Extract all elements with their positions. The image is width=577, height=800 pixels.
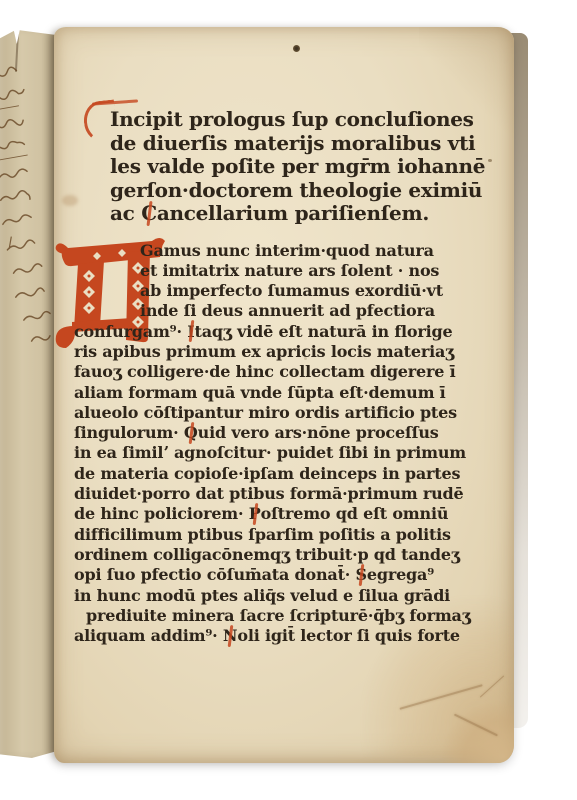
text-segment: ſingulorum· (74, 423, 184, 442)
text-segment: ancellarium pariſienſem. (157, 201, 429, 225)
text-line: fauoʒ colligere·de hinc collectam digere… (74, 362, 498, 382)
text-line: ris apibus primum ex apricis locis mater… (74, 342, 498, 362)
text-segment: egrega⁹ (367, 565, 434, 584)
book-photograph: Incipit prologus ſup concluſionesde diue… (0, 0, 577, 800)
text-segment: difficilimum ptibus ſparſim poſitis a po… (74, 525, 451, 544)
text-line: gerſon·doctorem theologie eximiū (110, 179, 514, 203)
illuminated-initial-A: A (74, 241, 140, 322)
text-segment: opi ſuo pfectio cōſum̄ata donat̄· (74, 565, 356, 584)
text-segment: ris apibus primum ex apricis locis mater… (74, 342, 454, 361)
text-segment: in ea ſimilʼ agnoſcitur· puidet ſibi in … (74, 443, 466, 462)
rubricated-letter: P (249, 504, 261, 524)
rubricated-letter: I (187, 322, 194, 342)
text-segment: taqʒ vidē eſt naturā in florige (195, 322, 453, 341)
text-segment: de hinc policiorem· (74, 504, 249, 523)
text-segment: de diuerſis materijs moralibus vti (110, 131, 475, 155)
text-segment: ab imperfecto ſumamus exordiū·vt (140, 281, 443, 300)
text-segment: ncipit prologus ſup concluſiones (119, 107, 474, 131)
text-line: ordinem colligacōnemqʒ tribuit·p qd tand… (74, 545, 498, 565)
text-line: Incipit prologus ſup concluſiones (110, 108, 514, 132)
text-line: in hunc modū ptes aliq̄s velud e ſilua g… (74, 586, 498, 606)
text-line: aliquam addim⁹· Noli igit̄ lector ſi qui… (74, 626, 498, 646)
rubricated-letter: C (141, 202, 157, 226)
text-line: ſingulorum· Quid vero ars·nōne proceſſus (74, 423, 498, 443)
text-segment: Gamus nunc interim·quod natura (140, 241, 434, 260)
text-line: de materia copioſe·ipſam deinceps in par… (74, 464, 498, 484)
text-segment: ac (110, 201, 141, 225)
text-segment: uid vero ars·nōne proceſſus (198, 423, 439, 442)
text-segment: et imitatrix nature ars ſolent · nos (140, 261, 439, 280)
text-line: ac Cancellarium pariſienſem. (110, 202, 514, 226)
text-line: de diuerſis materijs moralibus vti (110, 132, 514, 156)
text-segment: conſurgam⁹· (74, 322, 187, 341)
rubricated-letter: N (223, 626, 237, 646)
text-line: diuidet·porro dat ptibus formā·primum ru… (74, 484, 498, 504)
text-line: conſurgam⁹· Itaqʒ vidē eſt naturā in flo… (74, 322, 498, 342)
text-segment: in hunc modū ptes aliq̄s velud e ſilua g… (74, 586, 450, 605)
text-segment: oſtremo qd eſt omniū (261, 504, 449, 523)
text-line: in ea ſimilʼ agnoſcitur· puidet ſibi in … (74, 443, 498, 463)
printed-page: Incipit prologus ſup concluſionesde diue… (54, 27, 514, 763)
rubricated-letter: Q (184, 423, 198, 443)
text-line: opi ſuo pfectio cōſum̄ata donat̄· Segreg… (74, 565, 498, 585)
text-segment: ordinem colligacōnemqʒ tribuit·p qd tand… (74, 545, 460, 564)
text-segment: alueolo cōſtipantur miro ordis artificio… (74, 403, 457, 422)
text-segment: aliquam addim⁹· (74, 626, 223, 645)
margin-smudge (62, 195, 78, 206)
facing-leaf-edge (0, 28, 58, 758)
text-segment: les valde poſite per mgr̄m iohannē (110, 154, 485, 178)
text-segment: inde ſi deus annuerit ad pfectiora (140, 301, 435, 320)
text-line: aliam formam quā vnde ſūpta eſt·demum ī (74, 383, 498, 403)
text-segment: diuidet·porro dat ptibus formā·primum ru… (74, 484, 463, 503)
incipit-heading: Incipit prologus ſup concluſionesde diue… (110, 108, 514, 226)
rubricated-letter: I (110, 108, 119, 132)
text-line: les valde poſite per mgr̄m iohannē (110, 155, 514, 179)
repaired-corner (442, 701, 514, 763)
text-line: de hinc policiorem· Poſtremo qd eſt omni… (74, 504, 498, 524)
text-segment: aliam formam quā vnde ſūpta eſt·demum ī (74, 383, 446, 402)
prologue-text: A (74, 241, 498, 647)
text-line: alueolo cōſtipantur miro ordis artificio… (74, 403, 498, 423)
text-line: prediuite minera ſacre ſcripturē·q̄bʒ fo… (74, 606, 498, 626)
wormhole (293, 45, 300, 52)
text-segment: oli igit̄ lector ſi quis forte (237, 626, 460, 645)
rubricated-letter: S (356, 565, 367, 585)
text-segment: gerſon·doctorem theologie eximiū (110, 178, 482, 202)
text-line: difficilimum ptibus ſparſim poſitis a po… (74, 525, 498, 545)
text-segment: de materia copioſe·ipſam deinceps in par… (74, 464, 460, 483)
text-segment: prediuite minera ſacre ſcripturē·q̄bʒ fo… (86, 606, 471, 625)
handwritten-marginalia (0, 62, 54, 372)
text-segment: fauoʒ colligere·de hinc collectam digere… (74, 362, 455, 381)
